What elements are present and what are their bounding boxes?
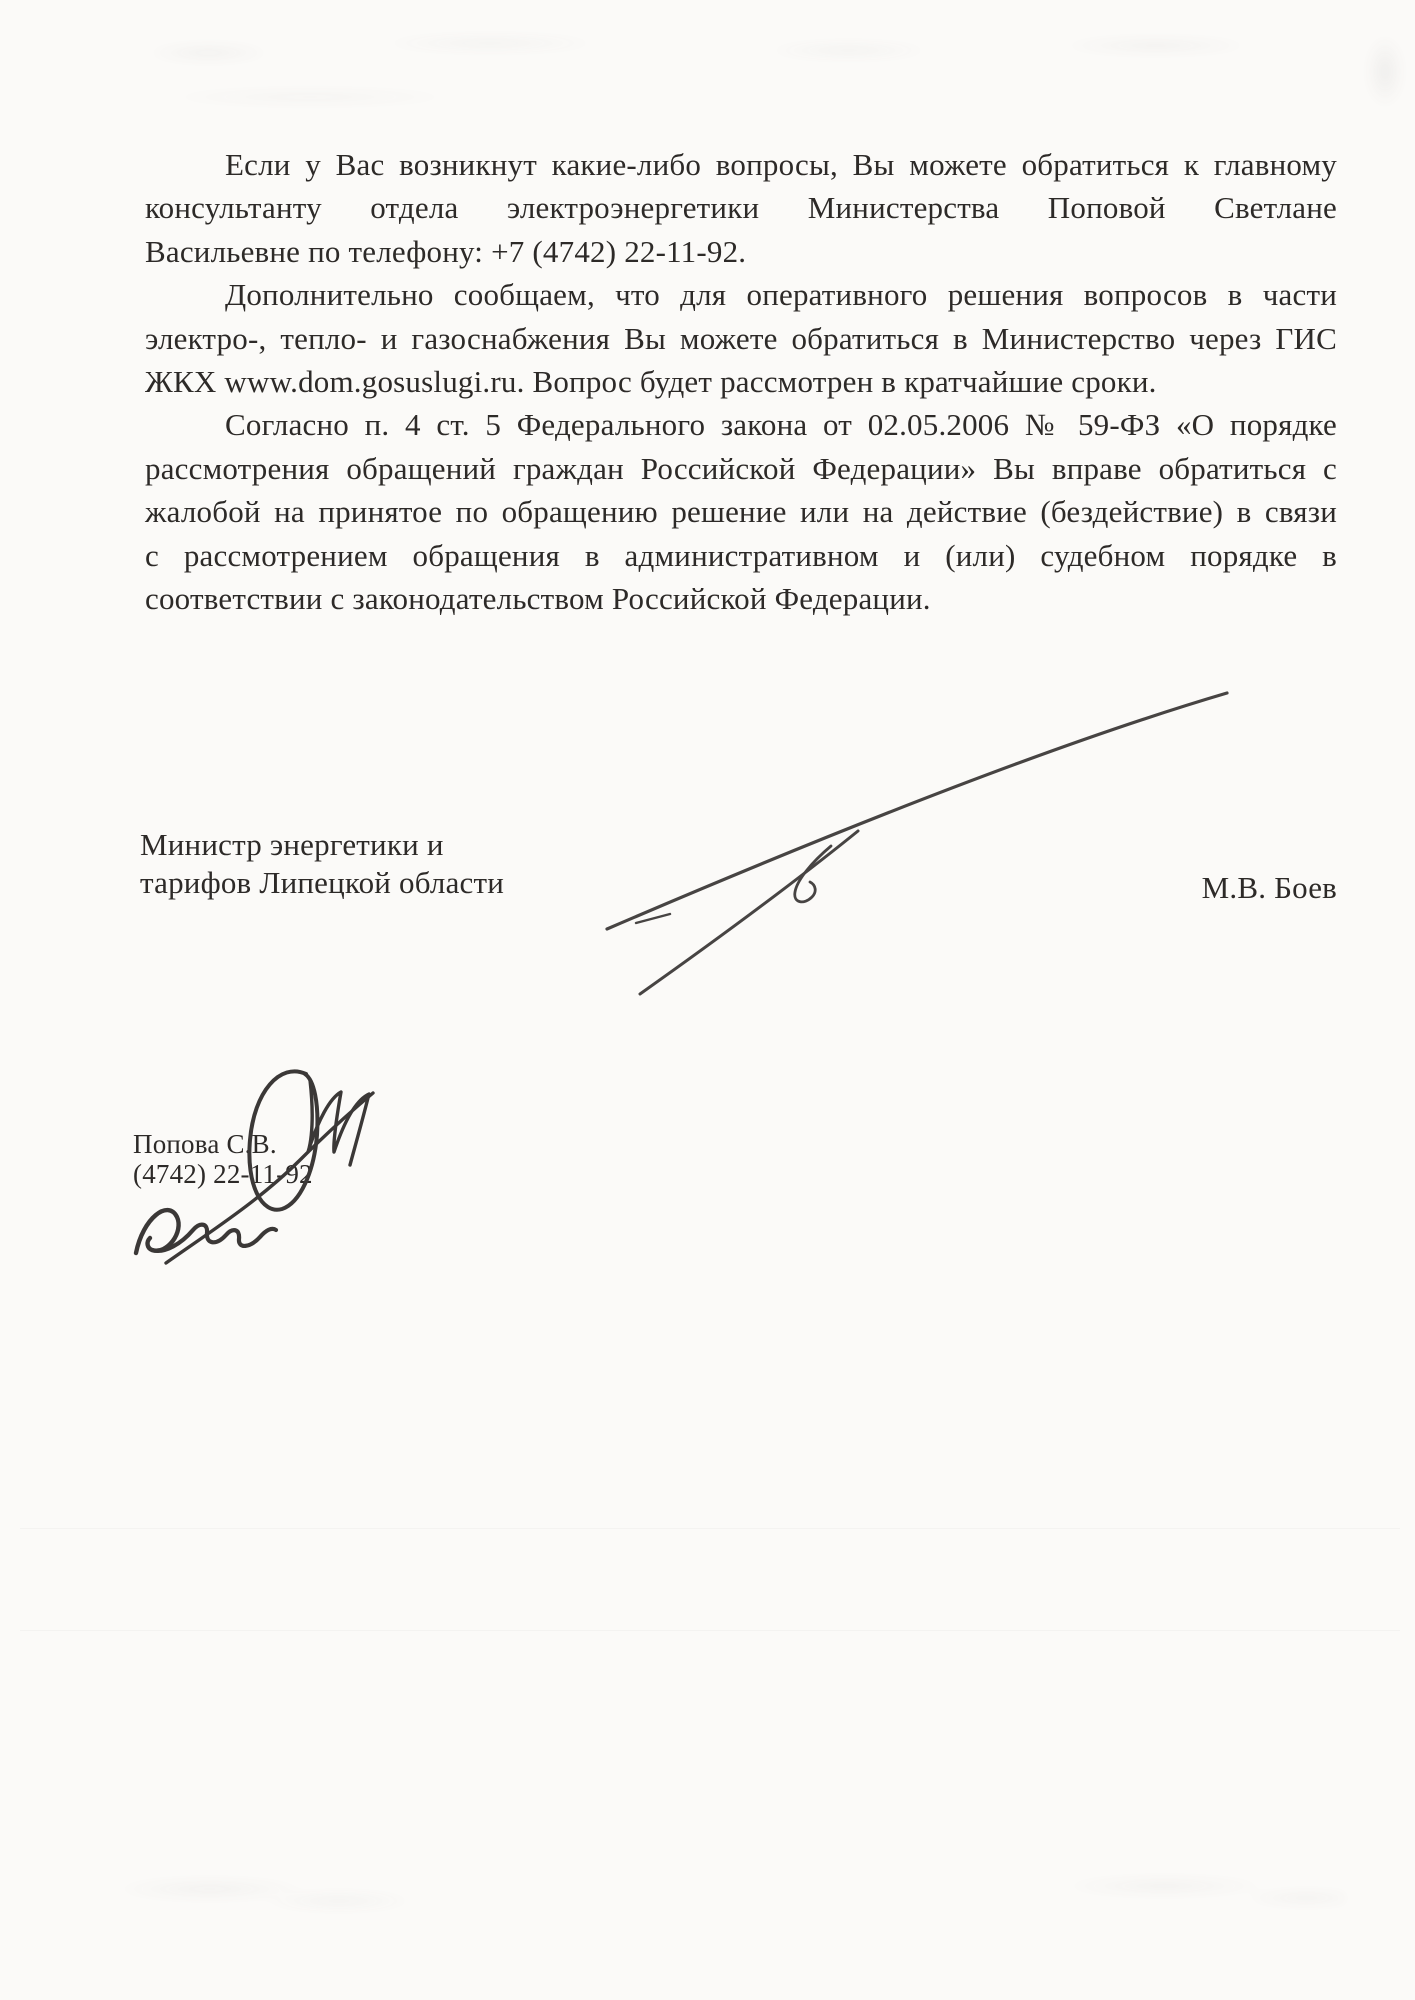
body-line: Васильевне по телефону: +7 (4742) 22-11-… (145, 230, 1337, 273)
minister-handwritten-signature (607, 693, 1227, 994)
signer-position-title: Министр энергетики и тарифов Липецкой об… (140, 826, 504, 902)
body-line: консультанту отдела электроэнергетики Ми… (145, 186, 1337, 229)
scan-fold-line (20, 1528, 1400, 1529)
signer-name: М.В. Боев (1202, 869, 1337, 907)
scan-noise (1352, 14, 1412, 129)
body-line: Если у Вас возникнут какие-либо вопросы,… (145, 143, 1337, 186)
body-line: рассмотрения обращений граждан Российско… (145, 447, 1337, 490)
scan-noise (55, 1862, 1345, 1922)
body-line: жалобой на принятое по обращению решение… (145, 490, 1337, 533)
signer-position-line: Министр энергетики и (140, 826, 504, 864)
body-line: с рассмотрением обращения в администрати… (145, 534, 1337, 577)
body-line: ЖКХ www.dom.gosuslugi.ru. Вопрос будет р… (145, 360, 1337, 403)
body-line: электро-, тепло- и газоснабжения Вы може… (145, 317, 1337, 360)
scan-noise (55, 24, 1335, 72)
executor-phone: (4742) 22-11-92 (133, 1160, 313, 1190)
letter-body: Если у Вас возникнут какие-либо вопросы,… (145, 143, 1337, 620)
executor-name: Попова С.В. (133, 1130, 313, 1160)
executor-contact-block: Попова С.В. (4742) 22-11-92 (133, 1130, 313, 1189)
body-line: соответствии с законодательством Российс… (145, 577, 1337, 620)
letter-page: Если у Вас возникнут какие-либо вопросы,… (0, 0, 1415, 2000)
scan-fold-line (20, 1630, 1400, 1631)
scan-noise (70, 80, 670, 114)
body-line: Дополнительно сообщаем, что для оператив… (145, 273, 1337, 316)
body-line: Согласно п. 4 ст. 5 Федерального закона … (145, 403, 1337, 446)
signer-position-line: тарифов Липецкой области (140, 864, 504, 902)
